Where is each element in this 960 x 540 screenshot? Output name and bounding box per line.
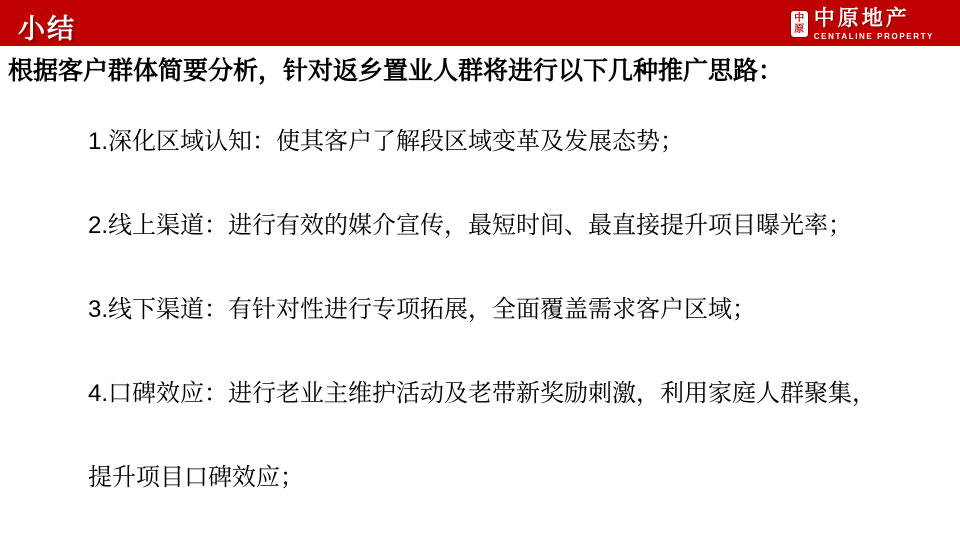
slide-title: 小结 bbox=[18, 7, 76, 46]
slide-header-bar: 小结 中 原 中原地产 CENTALINE PROPERTY bbox=[0, 0, 960, 46]
seal-char-bottom: 原 bbox=[794, 24, 804, 35]
summary-point-1: 1.深化区域认知：使其客户了解段区域变革及发展态势； bbox=[88, 125, 948, 159]
logo-text-block: 中原地产 CENTALINE PROPERTY bbox=[814, 8, 934, 42]
logo-brand-name: 中原地产 bbox=[814, 8, 934, 30]
summary-point-2: 2.线上渠道：进行有效的媒介宣传，最短时间、最直接提升项目曝光率； bbox=[88, 209, 948, 243]
presentation-slide: 小结 中 原 中原地产 CENTALINE PROPERTY 根据客户群体简要分… bbox=[0, 0, 960, 540]
seal-char-top: 中 bbox=[794, 13, 804, 24]
summary-point-3: 3.线下渠道：有针对性进行专项拓展，全面覆盖需求客户区域； bbox=[88, 293, 948, 327]
centaline-logo: 中 原 中原地产 CENTALINE PROPERTY bbox=[790, 8, 934, 42]
summary-point-4: 4.口碑效应：进行老业主维护活动及老带新奖励刺激，利用家庭人群聚集， bbox=[88, 377, 948, 411]
summary-point-4-continued: 提升项目口碑效应； bbox=[88, 461, 948, 495]
slide-heading: 根据客户群体简要分析，针对返乡置业人群将进行以下几种推广思路： bbox=[8, 54, 953, 88]
centaline-seal-icon: 中 原 bbox=[790, 10, 809, 38]
logo-brand-subtitle: CENTALINE PROPERTY bbox=[814, 32, 934, 42]
